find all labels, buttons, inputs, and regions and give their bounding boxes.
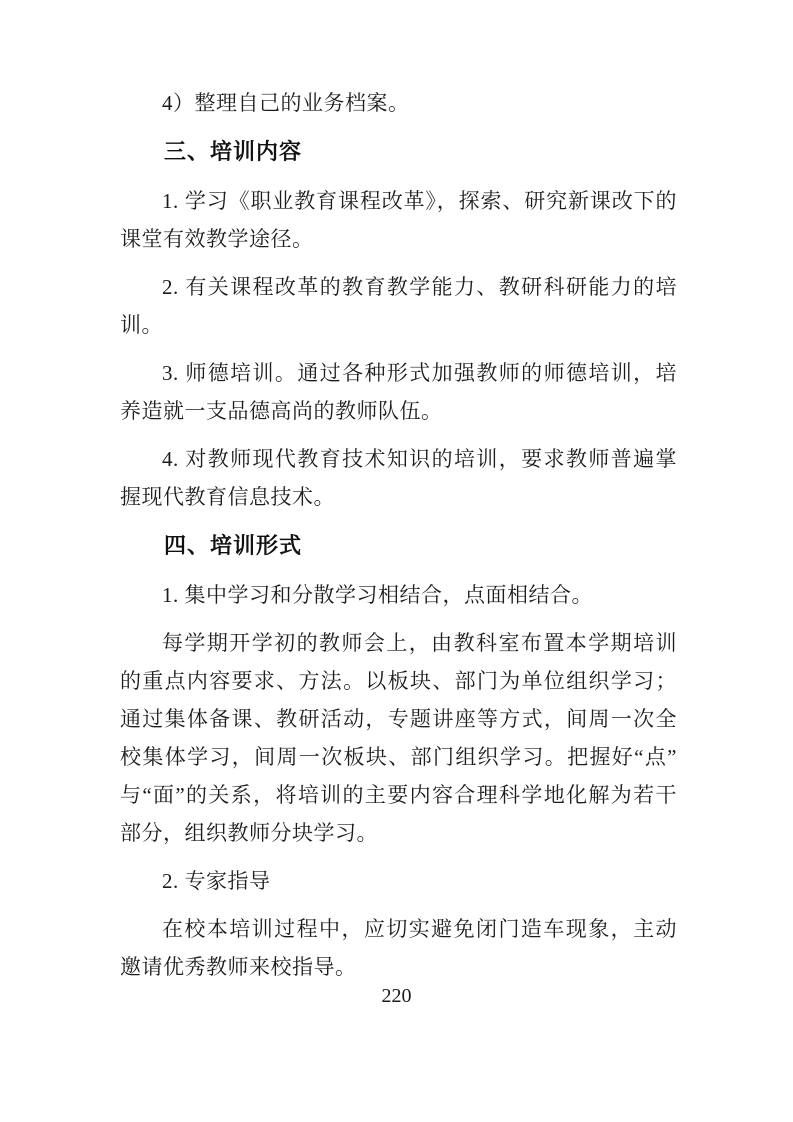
body-paragraph: 每学期开学初的教师会上，由教科室布置本学期培训的重点内容要求、方法。以板块、部门…: [120, 624, 677, 852]
body-paragraph: 4）整理自己的业务档案。: [120, 84, 677, 122]
section-heading-training-format: 四、培训形式: [120, 526, 677, 566]
body-paragraph: 2. 专家指导: [120, 862, 677, 900]
body-paragraph: 2. 有关课程改革的教育教学能力、教研科研能力的培训。: [120, 268, 677, 344]
section-heading-training-content: 三、培训内容: [120, 132, 677, 172]
body-paragraph: 1. 学习《职业教育课程改革》，探索、研究新课改下的课堂有效教学途径。: [120, 182, 677, 258]
document-body: 4）整理自己的业务档案。 三、培训内容 1. 学习《职业教育课程改革》，探索、研…: [120, 84, 677, 996]
body-paragraph: 1. 集中学习和分散学习相结合，点面相结合。: [120, 576, 677, 614]
page-number: 220: [382, 983, 412, 1009]
body-paragraph: 4. 对教师现代教育技术知识的培训，要求教师普遍掌握现代教育信息技术。: [120, 440, 677, 516]
body-paragraph: 3. 师德培训。通过各种形式加强教师的师德培训，培养造就一支品德高尚的教师队伍。: [120, 354, 677, 430]
body-paragraph: 在校本培训过程中，应切实避免闭门造车现象，主动邀请优秀教师来校指导。: [120, 910, 677, 986]
page-footer: 220: [0, 983, 793, 1009]
document-page: 4）整理自己的业务档案。 三、培训内容 1. 学习《职业教育课程改革》，探索、研…: [0, 0, 793, 1122]
